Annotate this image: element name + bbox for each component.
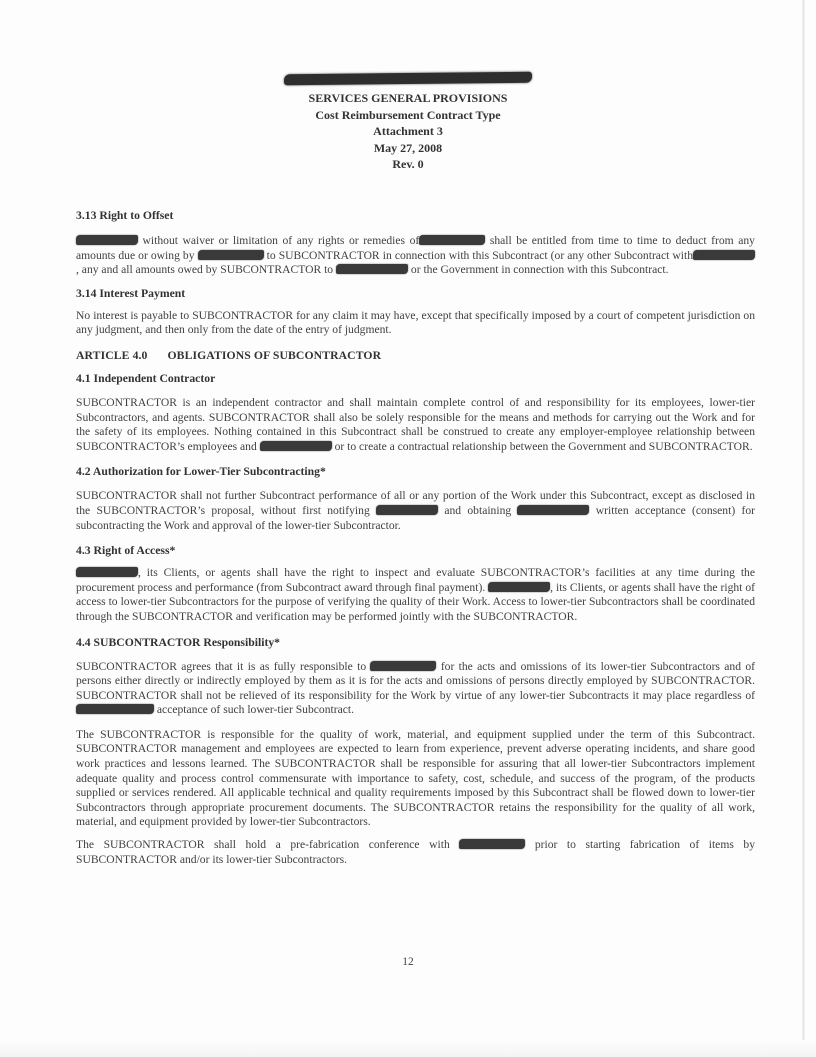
redaction-mark (198, 250, 264, 260)
redaction-mark (370, 661, 436, 671)
section-3-13-paragraph: without waiver or limitation of any righ… (76, 234, 755, 278)
section-4-1-paragraph: SUBCONTRACTOR is an independent contract… (76, 396, 755, 454)
redaction-mark (336, 264, 408, 274)
redaction-mark (488, 582, 550, 592)
redaction-mark (517, 505, 589, 515)
revision-label: Rev. 0 (0, 156, 816, 173)
section-heading-3-14: 3.14 Interest Payment (76, 286, 755, 301)
redacted-company-name (284, 72, 532, 86)
section-heading-4-2: 4.2 Authorization for Lower-Tier Subcont… (76, 464, 755, 479)
page-number: 12 (0, 956, 816, 968)
section-4-4-paragraph-3: The SUBCONTRACTOR shall hold a pre-fabri… (76, 838, 755, 867)
document-body: 3.13 Right to Offset without waiver or l… (76, 208, 755, 867)
redaction-mark (76, 704, 154, 714)
scan-shadow (0, 1040, 816, 1057)
section-4-4-paragraph-1: SUBCONTRACTOR agrees that it is as fully… (76, 660, 755, 718)
section-3-14-paragraph: No interest is payable to SUBCONTRACTOR … (76, 309, 755, 338)
section-4-3-paragraph: , its Clients, or agents shall have the … (76, 566, 755, 624)
document-page: SERVICES GENERAL PROVISIONS Cost Reimbur… (0, 0, 816, 1057)
section-4-4-paragraph-2: The SUBCONTRACTOR is responsible for the… (76, 728, 755, 830)
redaction-mark (260, 441, 332, 451)
redaction-mark (76, 567, 138, 577)
redaction-mark (376, 505, 438, 515)
redaction-mark (459, 839, 525, 849)
redaction-mark (693, 250, 755, 260)
document-title: SERVICES GENERAL PROVISIONS (0, 90, 816, 107)
attachment-label: Attachment 3 (0, 123, 816, 140)
redaction-mark (76, 235, 138, 245)
section-heading-4-4: 4.4 SUBCONTRACTOR Responsibility* (76, 635, 755, 650)
article-4-heading: ARTICLE 4.0OBLIGATIONS OF SUBCONTRACTOR (76, 348, 755, 363)
section-heading-3-13: 3.13 Right to Offset (76, 208, 755, 223)
section-heading-4-1: 4.1 Independent Contractor (76, 371, 755, 386)
document-subtitle: Cost Reimbursement Contract Type (0, 107, 816, 124)
document-date: May 27, 2008 (0, 140, 816, 157)
document-header: SERVICES GENERAL PROVISIONS Cost Reimbur… (0, 73, 816, 173)
section-heading-4-3: 4.3 Right of Access* (76, 543, 755, 558)
section-4-2-paragraph: SUBCONTRACTOR shall not further Subcontr… (76, 489, 755, 533)
redaction-mark (419, 235, 485, 245)
